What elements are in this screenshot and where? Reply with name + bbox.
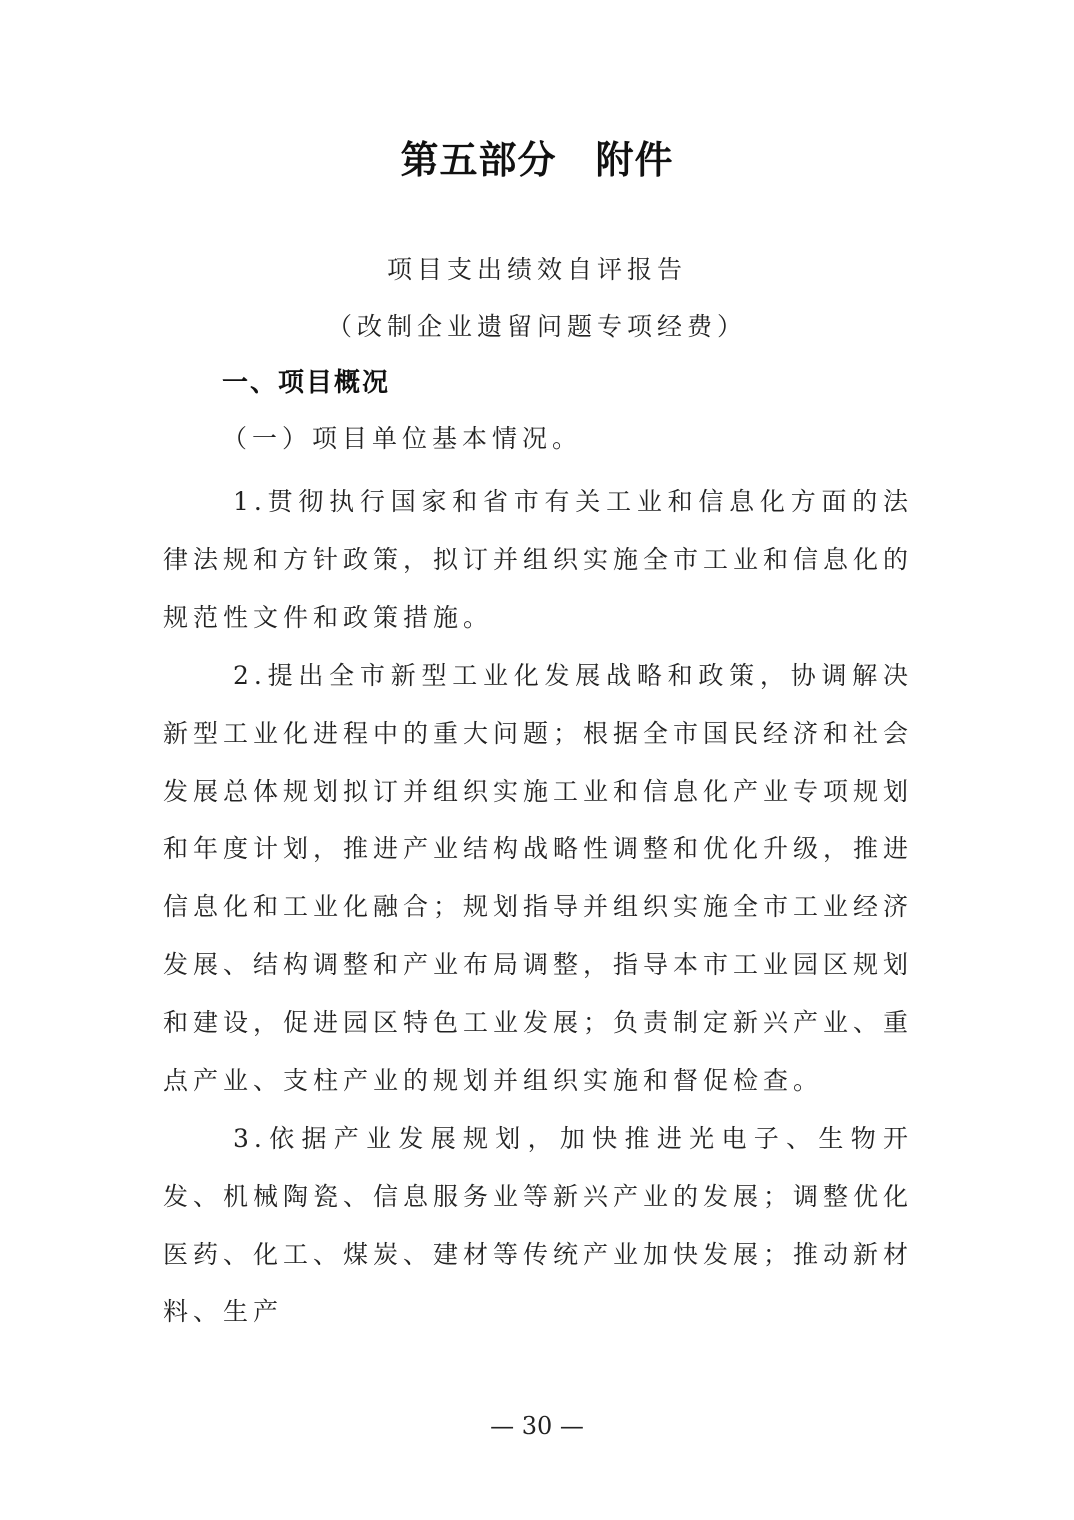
report-subtitle: （改制企业遗留问题专项经费） bbox=[0, 307, 1074, 347]
page-number: — 30 — bbox=[0, 1408, 1074, 1444]
paragraph-1: 1.贯彻执行国家和省市有关工业和信息化方面的法律法规和方针政策，拟订并组织实施全… bbox=[163, 473, 913, 646]
section-heading: 一、项目概况 bbox=[222, 363, 390, 403]
paragraph-2: 2.提出全市新型工业化发展战略和政策，协调解决新型工业化进程中的重大问题；根据全… bbox=[163, 647, 913, 1109]
part-title: 第五部分 附件 bbox=[0, 132, 1074, 188]
subsection-heading: （一）项目单位基本情况。 bbox=[222, 419, 582, 459]
paragraph-3: 3.依据产业发展规划，加快推进光电子、生物开发、机械陶瓷、信息服务业等新兴产业的… bbox=[163, 1110, 913, 1341]
report-title: 项目支出绩效自评报告 bbox=[0, 250, 1074, 290]
